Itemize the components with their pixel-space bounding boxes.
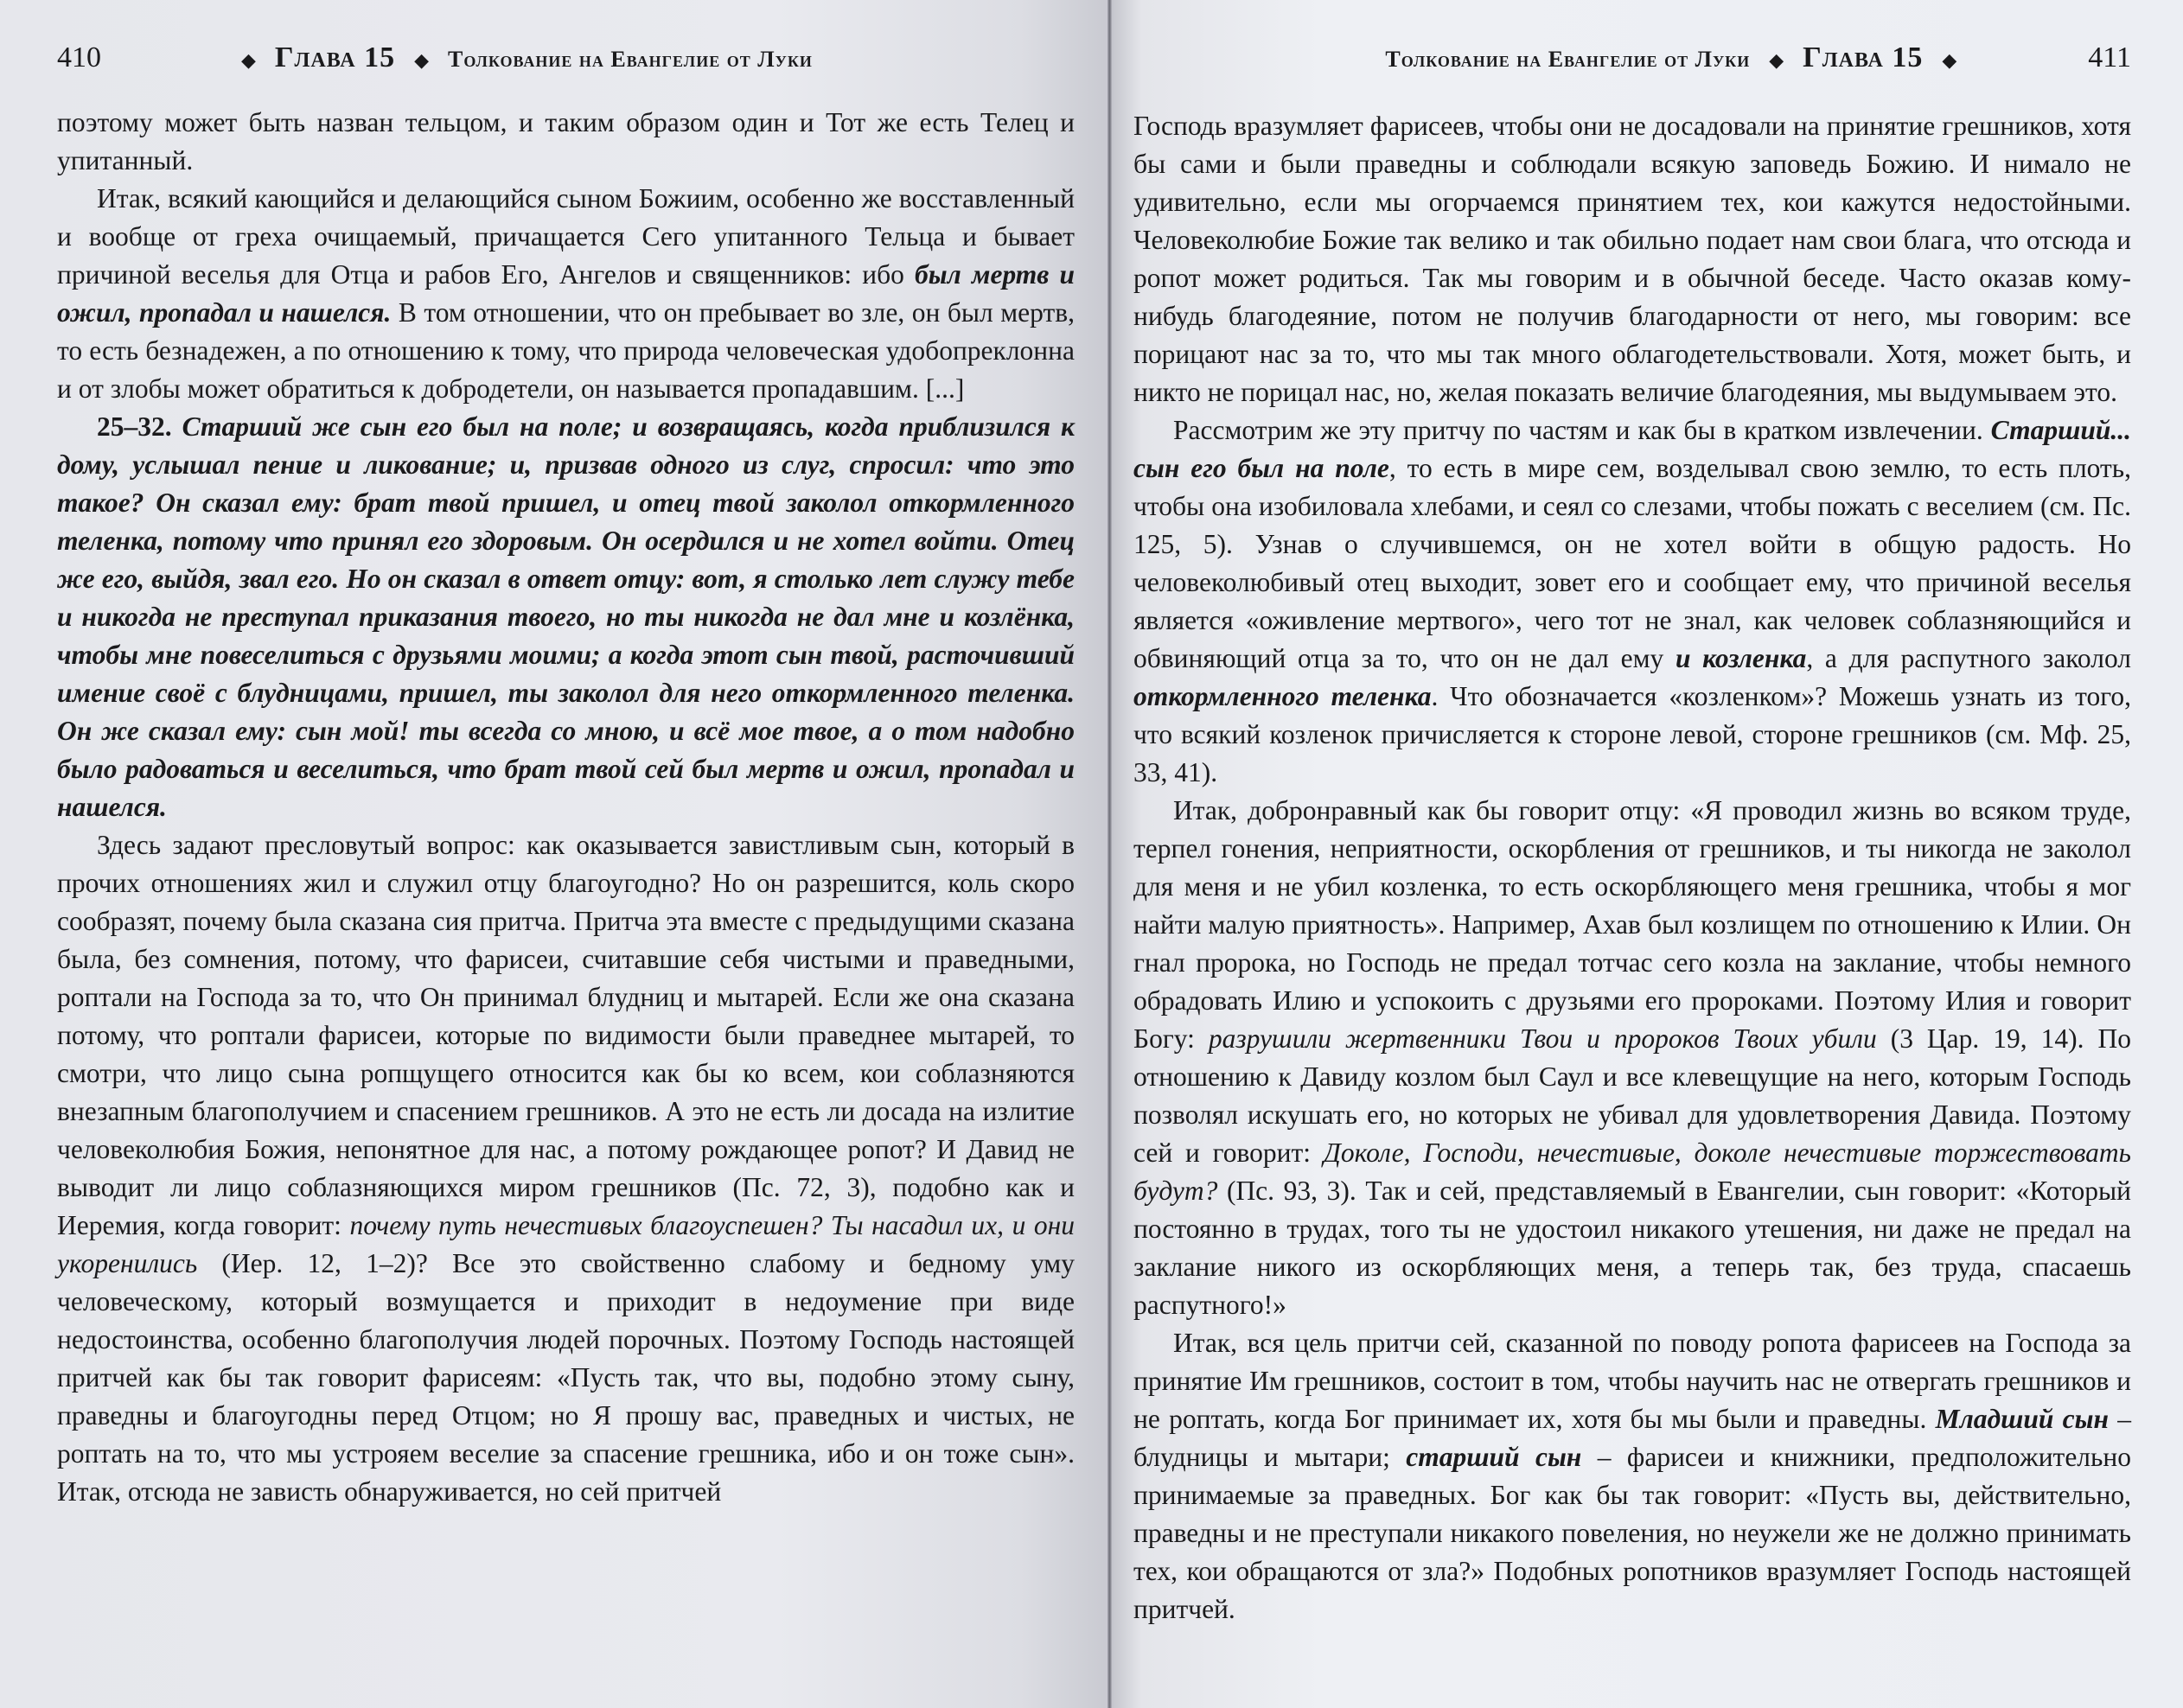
book-spread: 410 ◆ Глава 15 ◆ Толкование на Евангелие… xyxy=(0,0,2183,1708)
commentary-paragraph: Итак, добронравный как бы говорит отцу: … xyxy=(1133,792,2131,1324)
diamond-ornament-icon: ◆ xyxy=(414,49,429,72)
commentary-paragraph: Господь вразумляет фарисеев, чтобы они н… xyxy=(1133,107,2131,411)
running-title: Толкование на Евангелие от Луки xyxy=(448,47,813,73)
chapter-title: Глава 15 xyxy=(1803,41,1923,74)
right-page-header: Толкование на Евангелие от Луки ◆ Глава … xyxy=(1133,0,2131,86)
text-run: Итак, добронравный как бы говорит отцу: … xyxy=(1133,795,2131,1054)
emphasized-text-run: Старший же сын его был на поле; и возвра… xyxy=(57,411,1075,822)
emphasized-text-run: разрушили жертвенники Твои и пророков Тв… xyxy=(1209,1023,1877,1054)
emphasized-text-run: старший сын xyxy=(1406,1442,1581,1472)
text-run: (Пс. 93, 3). Так и сей, представляемый в… xyxy=(1133,1176,2131,1320)
left-page: 410 ◆ Глава 15 ◆ Толкование на Евангелие… xyxy=(0,0,1109,1708)
commentary-paragraph: поэтому может быть назван тельцом, и так… xyxy=(57,104,1075,180)
right-page: Толкование на Евангелие от Луки ◆ Глава … xyxy=(1109,0,2183,1708)
text-run: Господь вразумляет фарисеев, чтобы они н… xyxy=(1133,111,2131,407)
text-run: , то есть в мире сем, возделывал свою зе… xyxy=(1133,453,2131,673)
text-run: (Иер. 12, 1–2)? Все это свойственно слаб… xyxy=(57,1248,1075,1507)
chapter-title: Глава 15 xyxy=(275,41,395,74)
scripture-verse-paragraph: 25–32. Старший же сын его был на поле; и… xyxy=(57,408,1075,826)
text-run: Здесь задают пресловутый вопрос: как ока… xyxy=(57,830,1075,1240)
emphasized-text-run: 25–32. xyxy=(97,411,182,442)
text-run: Рассмотрим же эту притчу по частям и как… xyxy=(1173,415,1991,445)
page-number: 411 xyxy=(2088,41,2131,74)
commentary-paragraph: Итак, вся цель притчи сей, сказанной по … xyxy=(1133,1324,2131,1628)
emphasized-text-run: откормленного теленка xyxy=(1133,681,1431,711)
book-gutter xyxy=(1107,0,1112,1708)
commentary-paragraph: Итак, всякий кающийся и делающийся сыном… xyxy=(57,180,1075,408)
text-run: поэтому может быть назван тельцом, и так… xyxy=(57,107,1075,175)
page-number: 410 xyxy=(57,41,101,74)
emphasized-text-run: Младший сын xyxy=(1936,1404,2109,1434)
running-title: Толкование на Евангелие от Луки xyxy=(1385,47,1750,73)
diamond-ornament-icon: ◆ xyxy=(241,49,256,72)
right-page-body: Господь вразумляет фарисеев, чтобы они н… xyxy=(1133,107,2131,1628)
diamond-ornament-icon: ◆ xyxy=(1769,49,1784,72)
text-run: , а для распутного заколол xyxy=(1806,643,2131,673)
emphasized-text-run: и козленка xyxy=(1676,643,1806,673)
left-page-header: 410 ◆ Глава 15 ◆ Толкование на Евангелие… xyxy=(57,0,1075,86)
commentary-paragraph: Здесь задают пресловутый вопрос: как ока… xyxy=(57,826,1075,1511)
commentary-paragraph: Рассмотрим же эту притчу по частям и как… xyxy=(1133,411,2131,792)
diamond-ornament-icon: ◆ xyxy=(1942,49,1956,72)
left-page-body: поэтому может быть назван тельцом, и так… xyxy=(57,104,1075,1511)
